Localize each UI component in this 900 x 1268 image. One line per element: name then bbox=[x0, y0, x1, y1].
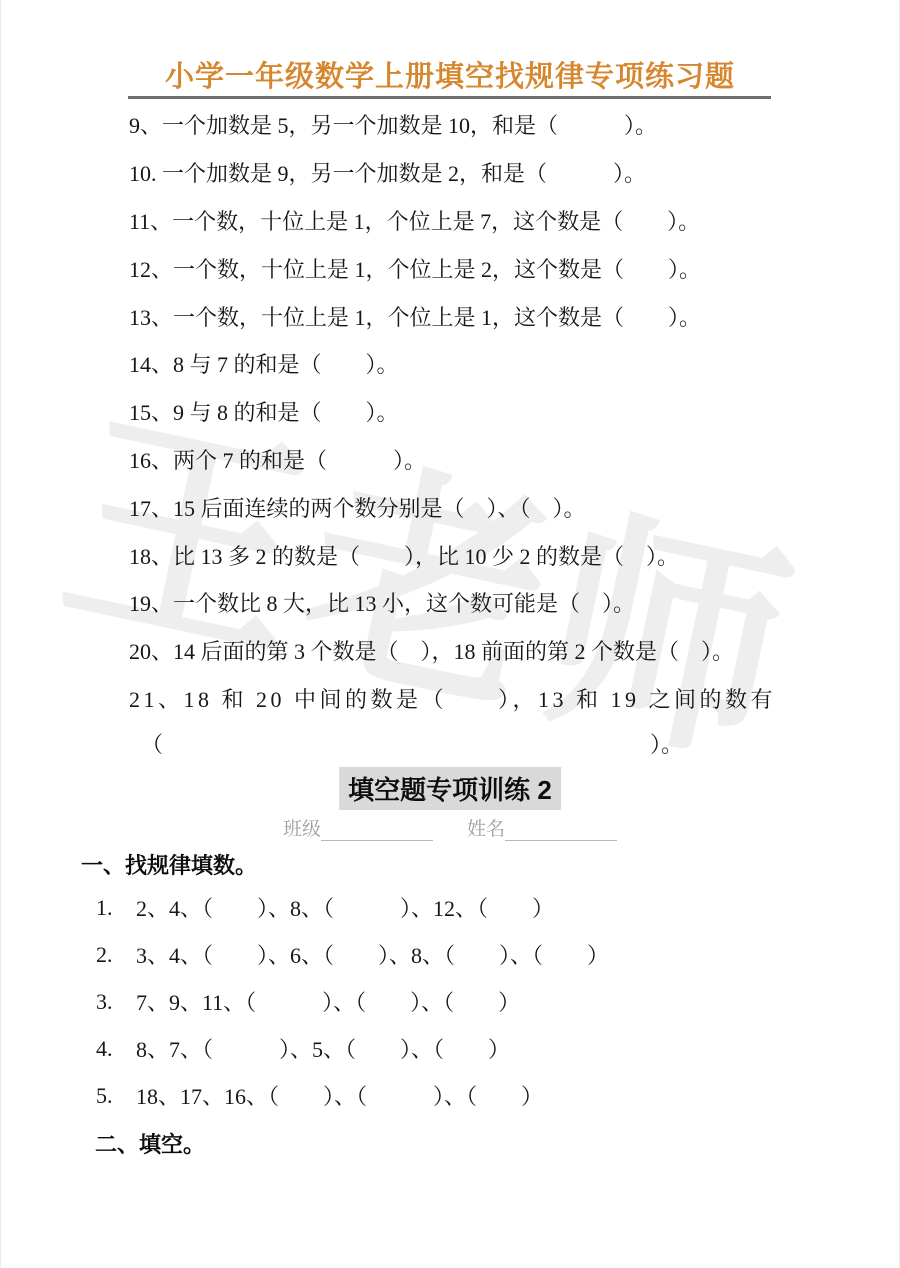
question-row: 17、15 后面连续的两个数分别是（ ）、（ ）。 bbox=[129, 483, 819, 531]
blank-close-paren: ）。 bbox=[650, 728, 683, 759]
roster-line: 班级 姓名 bbox=[1, 814, 899, 841]
worksheet-page: 王老师 小学一年级数学上册填空找规律专项练习题 9、一个加数是 5，另一个加数是… bbox=[0, 0, 900, 1268]
item-text: 2、4、（ ）、8、（ ）、12、（ ） bbox=[136, 892, 554, 923]
name-label: 姓名 bbox=[467, 814, 505, 841]
item-text: 8、7、（ ）、5、（ ）、（ ） bbox=[136, 1033, 510, 1064]
list-item: 1. 2、4、（ ）、8、（ ）、12、（ ） bbox=[96, 884, 839, 931]
question-row: 18、比 13 多 2 的数是（ ），比 10 少 2 的数是（ ）。 bbox=[129, 531, 819, 579]
item-number: 1. bbox=[96, 895, 136, 921]
question-row: 10. 一个加数是 9，另一个加数是 2，和是（ ）。 bbox=[129, 149, 819, 197]
item-number: 5. bbox=[96, 1083, 136, 1109]
question-row: 21、18 和 20 中间的数是（ ），13 和 19 之间的数有 bbox=[129, 675, 819, 723]
pattern-item-list: 1. 2、4、（ ）、8、（ ）、12、（ ） 2. 3、4、（ ）、6、（ ）… bbox=[96, 884, 839, 1119]
item-text: 7、9、11、（ ）、（ ）、（ ） bbox=[136, 986, 520, 1017]
question-row: 14、8 与 7 的和是（ ）。 bbox=[129, 340, 819, 388]
question-row: 11、一个数，十位上是 1，个位上是 7，这个数是（ ）。 bbox=[129, 197, 819, 245]
part1-heading: 一、找规律填数。 bbox=[81, 849, 257, 880]
item-number: 4. bbox=[96, 1036, 136, 1062]
list-item: 4. 8、7、（ ）、5、（ ）、（ ） bbox=[96, 1025, 839, 1072]
page-title: 小学一年级数学上册填空找规律专项练习题 bbox=[1, 54, 899, 95]
question-row: 20、14 后面的第 3 个数是（ ），18 前面的第 2 个数是（ ）。 bbox=[129, 627, 819, 675]
title-divider bbox=[128, 96, 771, 99]
class-blank-line bbox=[321, 820, 433, 841]
class-label: 班级 bbox=[283, 814, 321, 841]
question-row: 15、9 与 8 的和是（ ）。 bbox=[129, 388, 819, 436]
blank-open-paren: （ bbox=[141, 728, 163, 759]
item-number: 3. bbox=[96, 989, 136, 1015]
class-field: 班级 bbox=[283, 814, 433, 841]
item-number: 2. bbox=[96, 942, 136, 968]
name-field: 姓名 bbox=[467, 814, 617, 841]
list-item: 5. 18、17、16、（ ）、（ ）、（ ） bbox=[96, 1072, 839, 1119]
item-text: 3、4、（ ）、6、（ ）、8、（ ）、（ ） bbox=[136, 939, 609, 970]
item-text: 18、17、16、（ ）、（ ）、（ ） bbox=[136, 1080, 543, 1111]
question-row: 9、一个加数是 5，另一个加数是 10，和是（ ）。 bbox=[129, 101, 819, 149]
question-row: 13、一个数，十位上是 1，个位上是 1，这个数是（ ）。 bbox=[129, 292, 819, 340]
list-item: 3. 7、9、11、（ ）、（ ）、（ ） bbox=[96, 978, 839, 1025]
list-item: 2. 3、4、（ ）、6、（ ）、8、（ ）、（ ） bbox=[96, 931, 839, 978]
section-title: 填空题专项训练 2 bbox=[339, 767, 561, 810]
question-row: 12、一个数，十位上是 1，个位上是 2，这个数是（ ）。 bbox=[129, 244, 819, 292]
question-21-blank-line: （ ）。 bbox=[141, 726, 683, 760]
part2-heading: 二、填空。 bbox=[95, 1128, 205, 1159]
question-row: 16、两个 7 的和是（ ）。 bbox=[129, 436, 819, 484]
question-row: 19、一个数比 8 大，比 13 小，这个数可能是（ ）。 bbox=[129, 579, 819, 627]
name-blank-line bbox=[505, 820, 617, 841]
question-list: 9、一个加数是 5，另一个加数是 10，和是（ ）。 10. 一个加数是 9，另… bbox=[129, 101, 819, 722]
